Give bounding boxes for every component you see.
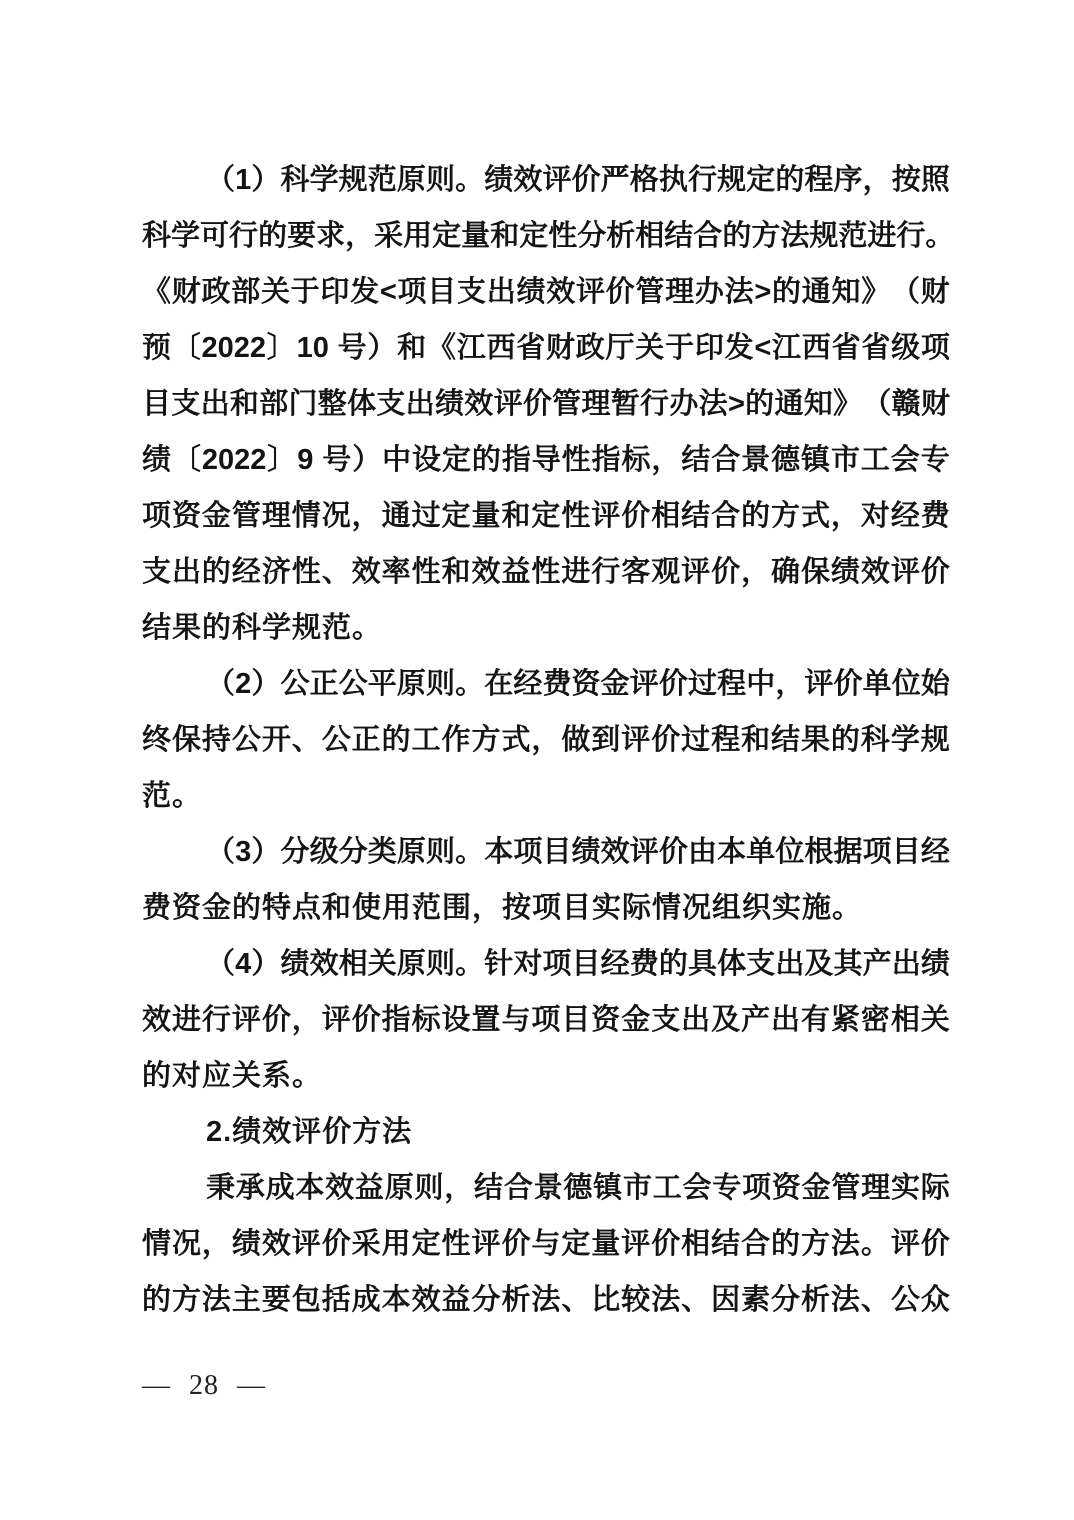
text-line: 效进行评价，评价指标设置与项目资金支出及产出有紧密相关 bbox=[142, 992, 950, 1048]
text-line: 的方法主要包括成本效益分析法、比较法、因素分析法、公众 bbox=[142, 1272, 950, 1328]
document-page: （1）科学规范原则。绩效评价严格执行规定的程序，按照科学可行的要求，采用定量和定… bbox=[0, 0, 1074, 1520]
text-line: 终保持公开、公正的工作方式，做到评价过程和结果的科学规 bbox=[142, 712, 950, 768]
text-line: 的对应关系。 bbox=[142, 1048, 950, 1104]
text-line: 项资金管理情况，通过定量和定性评价相结合的方式，对经费 bbox=[142, 488, 950, 544]
text-line: 《财政部关于印发<项目支出绩效评价管理办法>的通知》（财 bbox=[142, 264, 950, 320]
text-line: 范。 bbox=[142, 768, 950, 824]
text-line: （1）科学规范原则。绩效评价严格执行规定的程序，按照 bbox=[142, 152, 950, 208]
text-line: 目支出和部门整体支出绩效评价管理暂行办法>的通知》（赣财 bbox=[142, 376, 950, 432]
text-line: 结果的科学规范。 bbox=[142, 600, 950, 656]
text-line: 秉承成本效益原则，结合景德镇市工会专项资金管理实际 bbox=[142, 1160, 950, 1216]
text-line: 费资金的特点和使用范围，按项目实际情况组织实施。 bbox=[142, 880, 950, 936]
text-line: （3）分级分类原则。本项目绩效评价由本单位根据项目经 bbox=[142, 824, 950, 880]
text-line: 绩〔2022〕9 号）中设定的指导性指标，结合景德镇市工会专 bbox=[142, 432, 950, 488]
text-line: （4）绩效相关原则。针对项目经费的具体支出及其产出绩 bbox=[142, 936, 950, 992]
page-footer: — 28 — bbox=[142, 1366, 266, 1406]
document-body: （1）科学规范原则。绩效评价严格执行规定的程序，按照科学可行的要求，采用定量和定… bbox=[142, 152, 950, 1328]
text-line: 2.绩效评价方法 bbox=[142, 1104, 950, 1160]
page-number: — 28 — bbox=[142, 1370, 266, 1401]
text-line: （2）公正公平原则。在经费资金评价过程中，评价单位始 bbox=[142, 656, 950, 712]
text-line: 科学可行的要求，采用定量和定性分析相结合的方法规范进行。 bbox=[142, 208, 950, 264]
text-line: 支出的经济性、效率性和效益性进行客观评价，确保绩效评价 bbox=[142, 544, 950, 600]
text-line: 情况，绩效评价采用定性评价与定量评价相结合的方法。评价 bbox=[142, 1216, 950, 1272]
text-line: 预〔2022〕10 号）和《江西省财政厅关于印发<江西省省级项 bbox=[142, 320, 950, 376]
